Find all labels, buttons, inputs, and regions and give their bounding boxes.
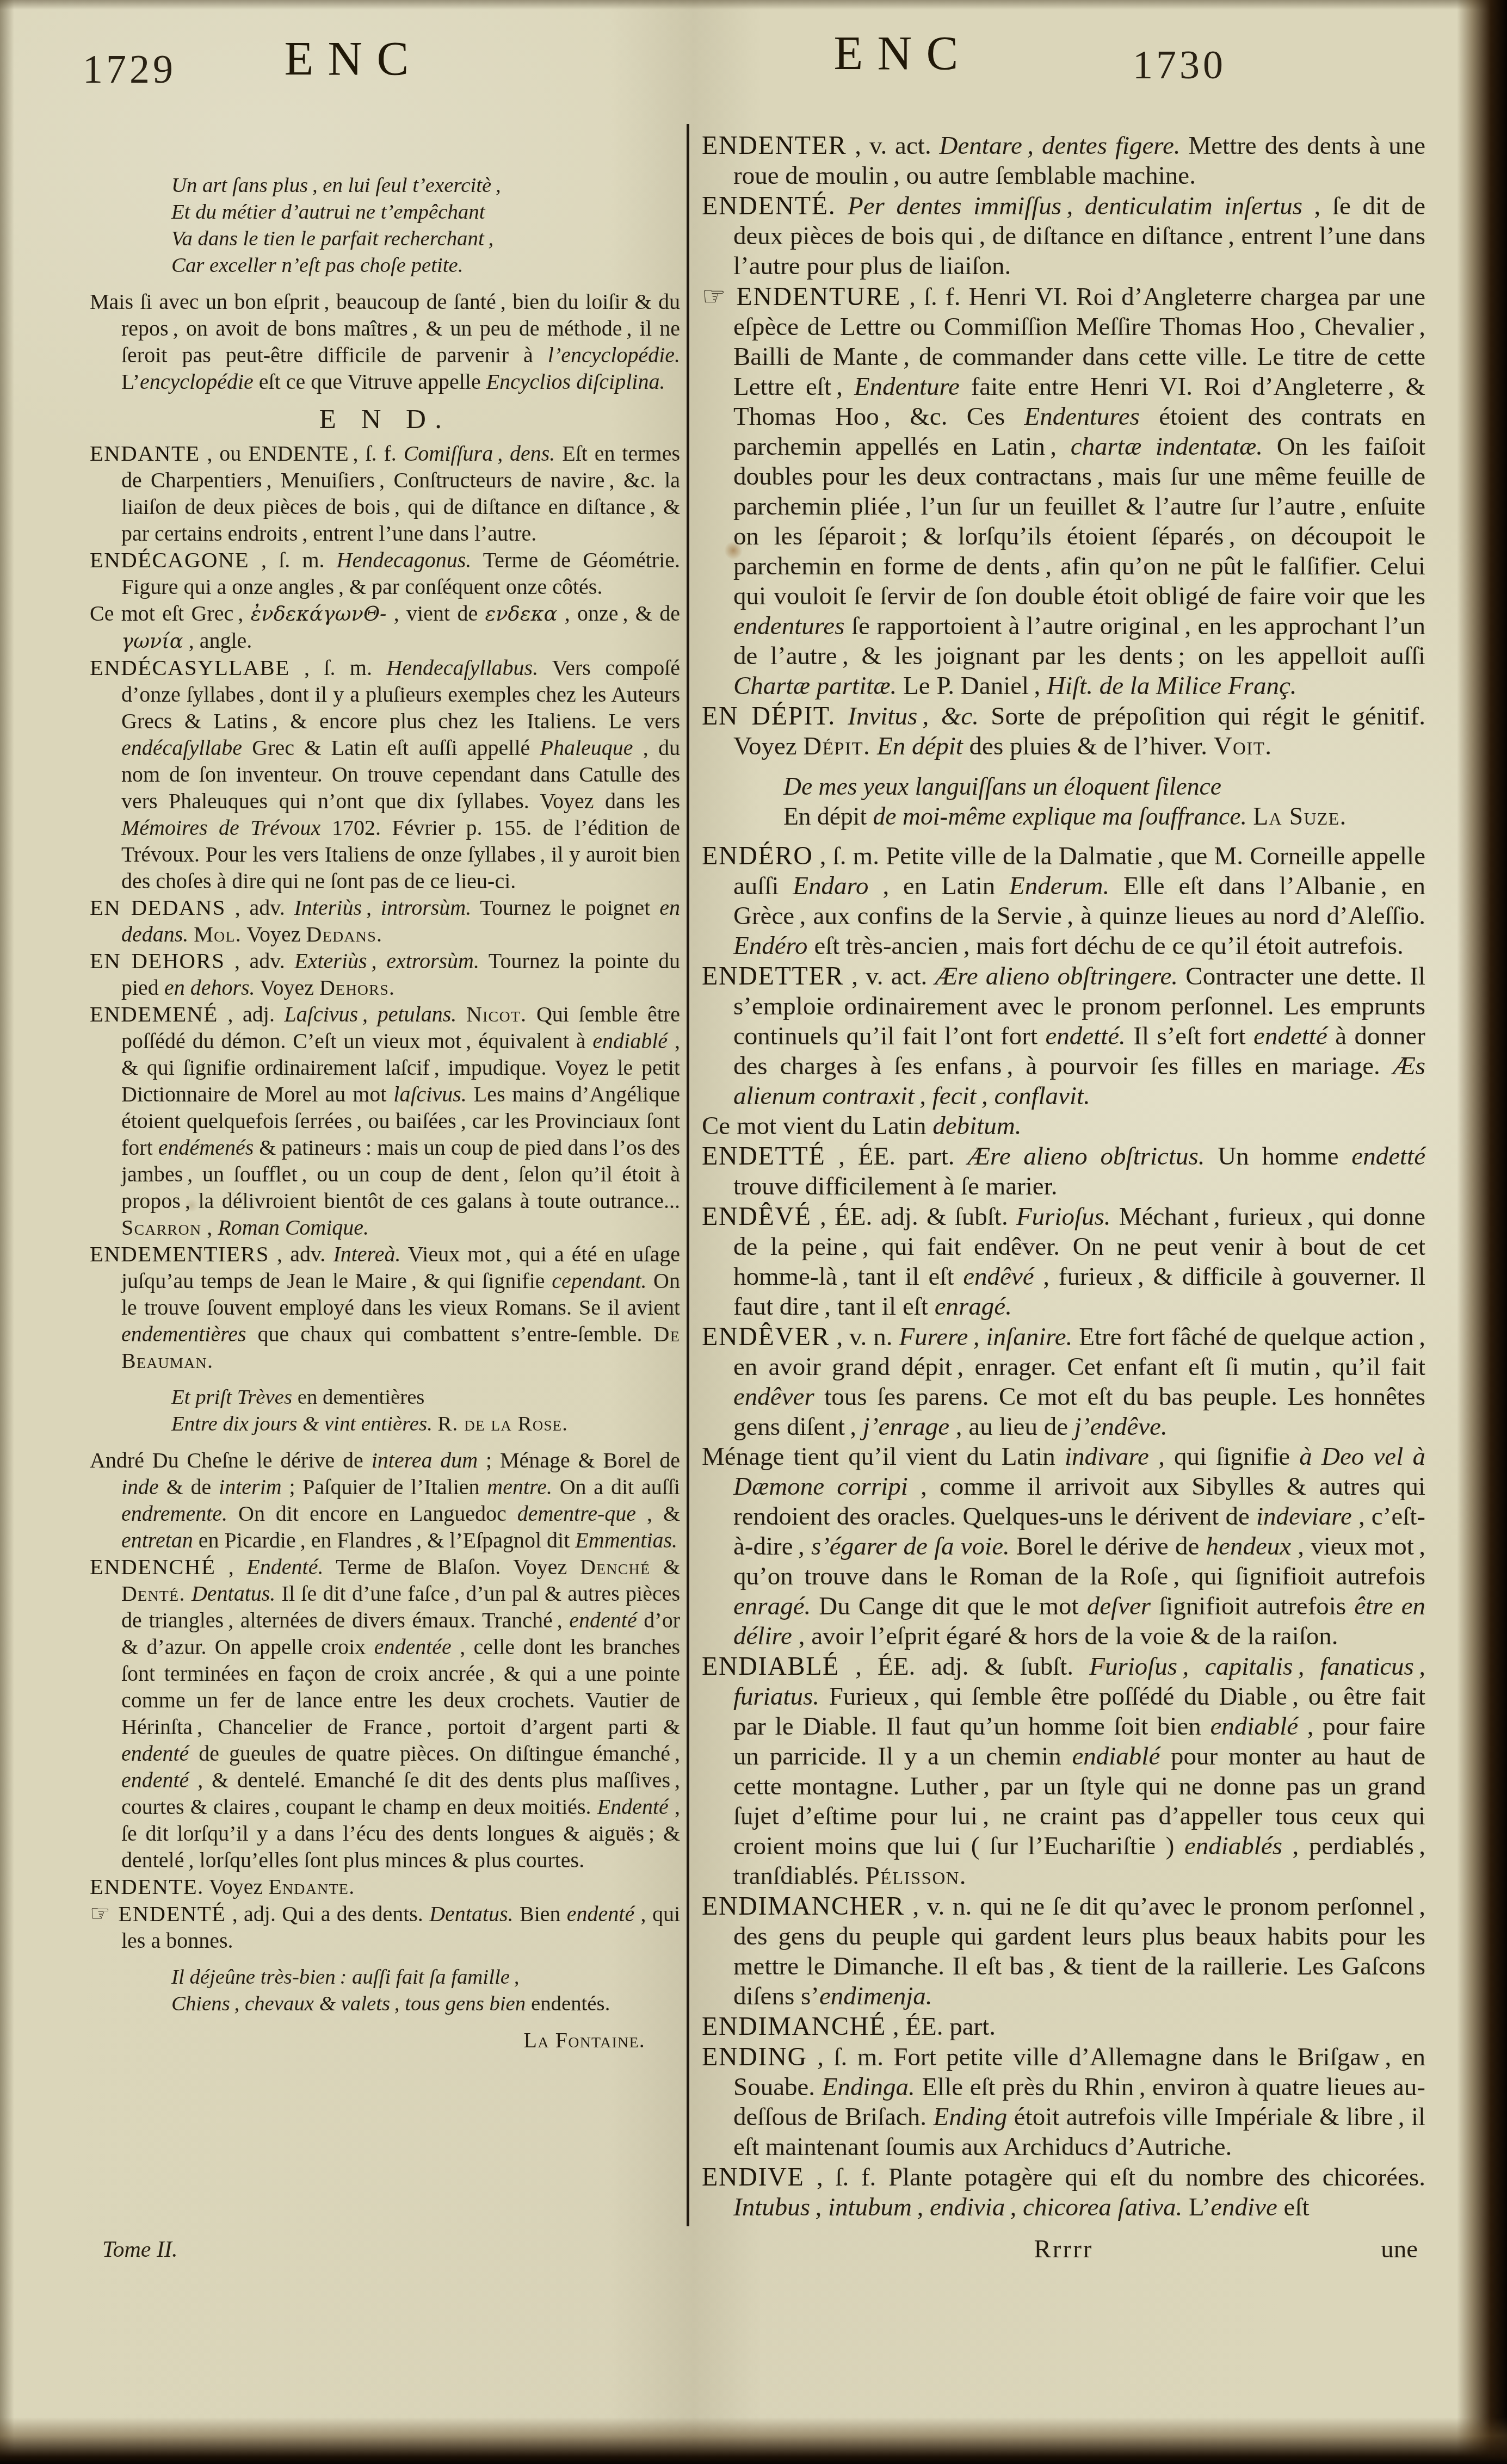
text-segment	[836, 702, 848, 730]
text-segment: Et du métier d’autrui ne t’empêchant	[171, 200, 485, 224]
dictionary-entry: ENDETTER , v. act. Ære alieno obſtringer…	[702, 961, 1425, 1111]
entry-headword: ENDETTER	[702, 962, 844, 990]
text-segment: , vient de	[387, 601, 485, 626]
text-segment: s’égarer de ſa voie.	[811, 1532, 1010, 1561]
text-segment: endiablés	[1184, 1832, 1282, 1860]
text-segment	[188, 922, 194, 946]
text-segment: , en Latin	[869, 872, 1010, 900]
page-number-right: 1730	[1133, 42, 1226, 89]
entry-headword: ENDING	[702, 2042, 807, 2071]
entry-headword: ENDÊVER	[702, 1322, 830, 1351]
text-segment: ἐνδεκάγωνΘ-	[251, 602, 387, 626]
text-segment: hendeux	[1206, 1532, 1292, 1561]
dictionary-entry: ENDIMANCHER , v. n. qui ne ſe dit qu’ave…	[702, 1891, 1425, 2011]
text-segment: inde	[121, 1475, 159, 1499]
text-segment: Interiùs , introrsùm.	[294, 895, 472, 920]
text-segment: Hendecaſyllabus.	[386, 655, 538, 680]
entry-headword: ENDEMENÉ	[90, 1002, 218, 1026]
entry-headword: ENDEMENTIERS	[90, 1242, 269, 1266]
text-segment: Il déjeûne très-bien : auſſi fait ſa fam…	[171, 1965, 519, 1989]
text-segment: , onze , & de	[557, 601, 680, 626]
text-segment: On a dit auſſi	[552, 1475, 680, 1499]
text-segment	[870, 732, 877, 760]
tome-label: Tome II.	[102, 2237, 177, 2263]
running-head-left: ENC	[228, 32, 479, 86]
verse-block: De mes yeux languiſſans un éloquent ſile…	[783, 771, 1425, 831]
text-segment: La Fontaine.	[524, 2028, 645, 2052]
verse-line: Et priſt Trèves en dementières	[171, 1384, 680, 1410]
text-segment: Comiſſura , dens.	[404, 441, 555, 466]
entry-headword: ENDÉCASYLLABE	[90, 655, 290, 680]
text-segment: en Picardie , en Flandres , & l’Eſpagnol…	[193, 1528, 576, 1552]
text-segment: L’	[121, 369, 140, 394]
text-segment: Un art ſans plus , en lui ſeul t’exercit…	[171, 174, 501, 197]
text-segment: Mol.	[194, 922, 242, 946]
dictionary-entry: ENDENTER , v. act. Dentare , dentes fige…	[702, 131, 1425, 191]
text-segment: eſt	[1277, 2193, 1310, 2221]
text-segment: deſver	[1087, 1592, 1151, 1620]
text-segment: endetté.	[1045, 1022, 1125, 1050]
text-segment: L’	[1182, 2193, 1210, 2221]
text-segment: , ÉE. adj. & ſubſt.	[839, 1652, 1089, 1681]
text-segment: dementre-que	[517, 1501, 636, 1526]
text-segment: Entre dix jours & vint entières.	[171, 1412, 438, 1435]
text-segment: , adv.	[226, 895, 294, 920]
text-segment: Nicot.	[466, 1002, 527, 1026]
text-segment: Dehors.	[319, 975, 395, 1000]
text-segment: Dentare , dentes figere.	[940, 132, 1181, 160]
text-segment: Phaleuque	[540, 735, 633, 760]
heading-block: E N D.	[90, 406, 680, 432]
dictionary-entry: ENDIABLÉ , ÉE. adj. & ſubſt. Furioſus , …	[702, 1651, 1425, 1891]
text-segment: endementières	[121, 1322, 246, 1346]
text-segment: debitum.	[932, 1112, 1021, 1140]
text-segment: Ending	[934, 2103, 1008, 2131]
verse-line: Chiens , chevaux & valets , tous gens bi…	[171, 1990, 680, 2017]
text-segment: Denté.	[121, 1581, 186, 1606]
text-segment: endêvé	[963, 1262, 1034, 1291]
text-segment: de gueules de quatre pièces. On diſtingu…	[189, 1741, 680, 1766]
text-segment: Furere , inſanire.	[899, 1323, 1072, 1351]
text-segment: endenté	[121, 1741, 189, 1766]
text-segment: Per dentes immiſſus , denticulatim inſer…	[848, 192, 1302, 220]
text-segment: Roman Comique.	[218, 1215, 369, 1240]
text-segment: l’encyclopédie.	[548, 343, 680, 367]
para-block: Mais ſi avec un bon eſprit , beaucoup de…	[90, 288, 680, 395]
text-segment: Dentatus.	[192, 1581, 275, 1606]
text-segment: Grec & Latin eſt auſſi appellé	[242, 735, 540, 760]
left-edge-shadow	[0, 0, 14, 2464]
text-segment: Ce mot eſt Grec ,	[90, 601, 251, 626]
verse-block: Un art ſans plus , en lui ſeul t’exercit…	[171, 172, 680, 278]
dictionary-entry: ENDENCHÉ , Endenté. Terme de Blaſon. Voy…	[90, 1553, 680, 1873]
dictionary-entry: ENDEMENÉ , adj. Laſcivus , petulans. Nic…	[90, 1001, 680, 1241]
text-segment: , adj. Qui a des dents.	[226, 1902, 429, 1926]
entry-headword: EN DEDANS	[90, 895, 226, 920]
text-segment: Voyez	[255, 975, 320, 1000]
text-segment: Dedans.	[306, 922, 383, 946]
text-segment: Emmentias.	[575, 1528, 677, 1552]
text-segment: Endinga.	[822, 2073, 915, 2101]
text-segment: enragé.	[733, 1592, 811, 1620]
para-block: André Du Cheſne le dérive de interea dum…	[90, 1447, 680, 1553]
para-block: Ce mot vient du Latin debitum.	[702, 1111, 1425, 1141]
entry-headword: ENDÊVÉ	[702, 1202, 812, 1231]
entry-headword: EN DEHORS	[90, 949, 225, 973]
text-segment: En dépit	[877, 732, 963, 760]
text-segment: &	[650, 1555, 680, 1579]
text-segment: enragé.	[935, 1292, 1012, 1321]
verse-line: De mes yeux languiſſans un éloquent ſile…	[783, 771, 1425, 801]
text-segment: endenté	[121, 1768, 189, 1792]
text-segment: Va dans le tien le parfait recherchant ,	[171, 227, 493, 250]
text-segment: Invitus , &c.	[848, 702, 979, 730]
dictionary-entry: ENDENTÉ. Per dentes immiſſus , denticula…	[702, 191, 1425, 281]
text-segment: interim	[219, 1475, 282, 1499]
text-segment: de moi-même explique ma ſouffrance.	[873, 802, 1253, 830]
text-segment: Car exceller n’eſt pas choſe petite.	[171, 253, 464, 277]
text-segment: , angle.	[183, 628, 252, 653]
text-segment: Dépit.	[803, 732, 870, 760]
left-column: Un art ſans plus , en lui ſeul t’exercit…	[90, 162, 680, 2053]
text-segment: endentures	[733, 612, 844, 640]
text-segment: Scarron	[121, 1215, 201, 1240]
text-segment: endentée	[374, 1635, 452, 1659]
text-segment: indivare	[1065, 1443, 1149, 1471]
text-segment: ; Ménage & Borel de	[478, 1448, 680, 1472]
text-segment: endive	[1210, 2193, 1277, 2221]
text-segment: Intubus , intubum , endivia , chicorea ſ…	[733, 2193, 1182, 2221]
text-segment: eſt ce que Vitruve appelle	[254, 369, 486, 394]
text-segment: , v. act.	[847, 132, 939, 160]
text-segment: que chaux qui combattent s’entre-ſemble.	[246, 1322, 654, 1346]
running-head-right: ENC	[783, 26, 1023, 81]
text-segment: ; Paſquier de l’Italien	[282, 1475, 487, 1499]
text-segment: La Suze.	[1253, 802, 1347, 830]
text-segment: , ÉE. part.	[886, 2013, 996, 2041]
text-segment: , ÉE. adj. & ſubſt.	[812, 1203, 1016, 1231]
entry-headword: ENDETTÉ	[702, 1142, 825, 1171]
verse-line: Il déjeûne très-bien : auſſi fait ſa fam…	[171, 1964, 680, 1990]
text-segment: Endaro	[793, 872, 868, 900]
verse-line: Entre dix jours & vint entières. R. de l…	[171, 1410, 680, 1437]
text-segment: trouve difficilement à ſe marier.	[733, 1172, 1058, 1200]
text-segment: , ou ENDENTE , ſ. f.	[200, 441, 404, 466]
text-segment: endetté	[1253, 1022, 1327, 1050]
attrib-block: La Fontaine.	[90, 2027, 680, 2053]
text-segment: , avoir l’eſprit égaré & hors de la voie…	[792, 1622, 1338, 1650]
dictionary-entry: ENDÉCASYLLABE , ſ. m. Hendecaſyllabus. V…	[90, 654, 680, 894]
text-segment: On dit encore en Languedoc	[227, 1501, 517, 1526]
text-segment: Borel le dérive de	[1010, 1532, 1206, 1561]
text-segment: , v. n.	[830, 1323, 899, 1351]
entry-headword: ENDIVE	[702, 2163, 804, 2191]
text-segment: En dépit	[783, 802, 873, 830]
entry-headword: ENDENTURE	[736, 282, 901, 311]
page-number-left: 1729	[83, 47, 176, 93]
text-segment: chartæ indentatæ.	[1071, 432, 1263, 461]
entry-headword: ENDENCHÉ	[90, 1555, 215, 1579]
text-segment: , ÉE. part.	[825, 1142, 967, 1171]
text-segment	[186, 1581, 192, 1606]
text-segment: j’enrage	[863, 1413, 949, 1441]
entry-headword: EN DÉPIT.	[702, 702, 836, 730]
text-segment: Du Cange dit que le mot	[811, 1592, 1086, 1620]
manicule-icon: ☞	[702, 280, 736, 312]
text-segment: , adv.	[269, 1242, 333, 1266]
dictionary-entry: ENDEMENTIERS , adv. Intereà. Vieux mot ,…	[90, 1241, 680, 1374]
text-segment: Denché	[580, 1555, 650, 1579]
dictionary-entry: ENDÉRO , ſ. m. Petite ville de la Dalmat…	[702, 841, 1425, 961]
dictionary-entry: ENDÉCAGONE , ſ. m. Hendecagonus. Terme d…	[90, 547, 680, 600]
text-segment: , qui ſignifie	[1149, 1443, 1299, 1471]
text-segment: Laſcivus , petulans.	[285, 1002, 457, 1026]
dictionary-entry: ENDIVE , ſ. f. Plante potagère qui eſt d…	[702, 2162, 1425, 2222]
text-segment: , adj.	[218, 1002, 285, 1026]
entry-headword: ENDENTER	[702, 131, 847, 160]
text-segment: R. de la Rose.	[438, 1412, 569, 1435]
text-segment	[456, 1002, 466, 1026]
dictionary-entry: ENDING , ſ. m. Fort petite ville d’Allem…	[702, 2042, 1425, 2162]
verse-block: Et priſt Trèves en dementièresEntre dix …	[171, 1384, 680, 1437]
text-segment: endenté	[569, 1608, 637, 1632]
entry-headword: ENDIMANCHER	[702, 1892, 905, 1921]
text-segment: endiablé	[1072, 1742, 1160, 1770]
para-block: Ce mot eſt Grec , ἐνδεκάγωνΘ- , vient de…	[90, 600, 680, 654]
text-segment: Il s’eſt fort	[1126, 1022, 1253, 1050]
dictionary-entry: ENDETTÉ , ÉE. part. Ære alieno obſtrictu…	[702, 1141, 1425, 1202]
signature-mark: Rrrrr	[702, 2234, 1425, 2264]
text-segment: , ſ. m.	[290, 655, 387, 680]
column-divider-rule	[687, 124, 689, 2226]
text-segment: Pélisson.	[866, 1862, 967, 1890]
verse-line: Un art ſans plus , en lui ſeul t’exercit…	[171, 172, 680, 199]
dictionary-entry: ENDIMANCHÉ , ÉE. part.	[702, 2011, 1425, 2042]
text-segment: Mémoires de Trévoux	[121, 815, 320, 840]
text-segment: laſcivus.	[393, 1082, 466, 1106]
text-segment: indeviare	[1256, 1502, 1352, 1531]
text-segment: Furioſus.	[1016, 1203, 1111, 1231]
text-segment: endetté	[1351, 1142, 1425, 1171]
text-segment: endiablé	[592, 1029, 668, 1053]
text-segment: Le P. Daniel ,	[897, 672, 1047, 700]
text-segment: Endéro	[733, 932, 808, 960]
dictionary-entry: ☞ ENDENTURE , ſ. f. Henri VI. Roi d’Angl…	[702, 281, 1425, 701]
text-segment: , v. act.	[844, 962, 935, 990]
text-segment: Enderum.	[1009, 872, 1109, 900]
text-segment: j’endêve.	[1074, 1413, 1168, 1441]
text-segment: Endenté.	[246, 1555, 323, 1579]
text-segment: Chartæ partitæ.	[733, 672, 897, 700]
text-segment: endimenja.	[819, 1982, 932, 2010]
dictionary-entry: EN DÉPIT. Invitus , &c. Sorte de prépoſi…	[702, 701, 1425, 762]
text-segment: Intereà.	[333, 1242, 400, 1266]
text-segment: Voyez	[242, 922, 306, 946]
verse-line: Et du métier d’autrui ne t’empêchant	[171, 199, 680, 225]
text-segment: Un homme	[1205, 1142, 1352, 1171]
text-segment: , ſ. m.	[249, 548, 337, 572]
text-segment: endentés.	[531, 1992, 610, 2015]
entry-headword: ENDANTE	[90, 441, 200, 466]
text-segment: Exteriùs , extrorsùm.	[294, 949, 479, 973]
text-segment: Ære alieno obſtrictus.	[967, 1142, 1205, 1171]
text-segment: Ce mot vient du Latin	[702, 1112, 932, 1140]
right-edge-shadow	[1457, 0, 1507, 2464]
text-segment: interea dum	[372, 1448, 478, 1472]
text-segment: Encyclios diſciplina.	[486, 369, 665, 394]
text-segment: cependant.	[552, 1268, 646, 1293]
text-segment: , au lieu de	[949, 1413, 1074, 1441]
text-segment: ενδεκα	[485, 602, 557, 626]
dictionary-entry: ENDÊVÉ , ÉE. adj. & ſubſt. Furioſus. Méc…	[702, 1202, 1425, 1322]
catchword: une	[1381, 2234, 1418, 2264]
text-segment: Endentures	[1024, 403, 1140, 431]
text-segment: des pluies & de l’hiver.	[963, 732, 1214, 760]
text-segment: en dehors.	[164, 975, 255, 1000]
entry-headword: ENDENTÉ.	[702, 191, 836, 220]
verse-line: En dépit de moi-même explique ma ſouffra…	[783, 801, 1425, 831]
entry-headword: ENDENTE.	[90, 1874, 204, 1899]
manicule-icon: ☞	[90, 1900, 118, 1927]
text-segment: Tournez le poignet	[471, 895, 659, 920]
text-segment: Endenture	[854, 373, 960, 401]
text-segment: Et priſt Trèves	[171, 1385, 298, 1409]
text-segment: Voit.	[1214, 732, 1273, 760]
text-segment: Terme de Blaſon. Voyez	[323, 1555, 580, 1579]
text-segment: Bien	[514, 1902, 567, 1926]
text-segment: & de	[159, 1475, 219, 1499]
entry-headword: ENDENTÉ	[118, 1902, 226, 1926]
text-segment: Chiens , chevaux & valets , tous gens bi…	[171, 1992, 531, 2015]
text-segment: γωνία	[121, 629, 183, 653]
right-column: ENDENTER , v. act. Dentare , dentes fige…	[702, 131, 1425, 2269]
text-segment: Ære alieno obſtringere.	[935, 962, 1178, 990]
text-segment: entretan	[121, 1528, 193, 1552]
book-page-scan: 1729 ENC ENC 1730 Un art ſans plus , en …	[0, 0, 1507, 2464]
text-segment: endémenés	[158, 1135, 254, 1160]
text-segment: endiablé	[1210, 1712, 1298, 1741]
text-segment: Endenté	[597, 1794, 669, 1819]
para-block: Ménage tient qu’il vient du Latin indiva…	[702, 1442, 1425, 1651]
text-segment: encyclopédie	[140, 369, 254, 394]
text-segment: endécaſyllabe	[121, 735, 242, 760]
text-segment: Hendecagonus.	[337, 548, 472, 572]
text-segment: Ménage tient qu’il vient du Latin	[702, 1443, 1065, 1471]
entry-headword: ENDÉCAGONE	[90, 548, 249, 572]
entry-headword: ENDIMANCHÉ	[702, 2012, 886, 2041]
text-segment: , ſ. f. Plante potagère qui eſt du nombr…	[804, 2163, 1425, 2191]
text-segment: mentre.	[487, 1475, 552, 1499]
text-segment: ,	[201, 1215, 218, 1240]
text-segment	[836, 192, 848, 220]
catchline-block: Rrrrrune	[702, 2234, 1425, 2269]
verse-line: Car exceller n’eſt pas choſe petite.	[171, 252, 680, 278]
dictionary-entry: ENDANTE , ou ENDENTE , ſ. f. Comiſſura ,…	[90, 440, 680, 547]
dictionary-entry: ENDÊVER , v. n. Furere , inſanire. Etre …	[702, 1322, 1425, 1442]
dictionary-entry: ENDENTE. Voyez Endante.	[90, 1873, 680, 1900]
text-segment: endenté	[567, 1902, 634, 1926]
text-segment: ,	[215, 1555, 246, 1579]
text-segment: De mes yeux languiſſans un éloquent ſile…	[783, 772, 1221, 800]
dictionary-entry: EN DEHORS , adv. Exteriùs , extrorsùm. T…	[90, 948, 680, 1001]
text-segment: Dentatus.	[429, 1902, 513, 1926]
dictionary-entry: EN DEDANS , adv. Interiùs , introrsùm. T…	[90, 894, 680, 948]
text-segment: en dementières	[298, 1385, 425, 1409]
verse-line: Va dans le tien le parfait recherchant ,	[171, 225, 680, 252]
dictionary-entry: ☞ ENDENTÉ , adj. Qui a des dents. Dentat…	[90, 1900, 680, 1954]
text-segment: endêver	[733, 1383, 814, 1411]
verse-block: Il déjeûne très-bien : auſſi fait ſa fam…	[171, 1964, 680, 2017]
text-segment: Hiſt. de la Milice Franç.	[1047, 672, 1296, 700]
entry-headword: ENDÉRO	[702, 841, 813, 870]
text-segment: E N D.	[319, 404, 451, 435]
text-segment: , adv.	[225, 949, 294, 973]
text-segment: eſt très-ancien , mais fort déchu de ce …	[808, 932, 1404, 960]
text-segment: Voyez	[204, 1874, 269, 1899]
entry-headword: ENDIABLÉ	[702, 1652, 839, 1681]
text-segment: André Du Cheſne le dérive de	[90, 1448, 372, 1472]
text-segment: , & dentelé. Emanché ſe dit des dents pl…	[121, 1768, 680, 1819]
text-segment: Endante.	[268, 1874, 355, 1899]
text-segment: endremente.	[121, 1501, 227, 1526]
text-segment: , &	[636, 1501, 680, 1526]
text-segment: ſignifioit autrefois	[1151, 1592, 1354, 1620]
